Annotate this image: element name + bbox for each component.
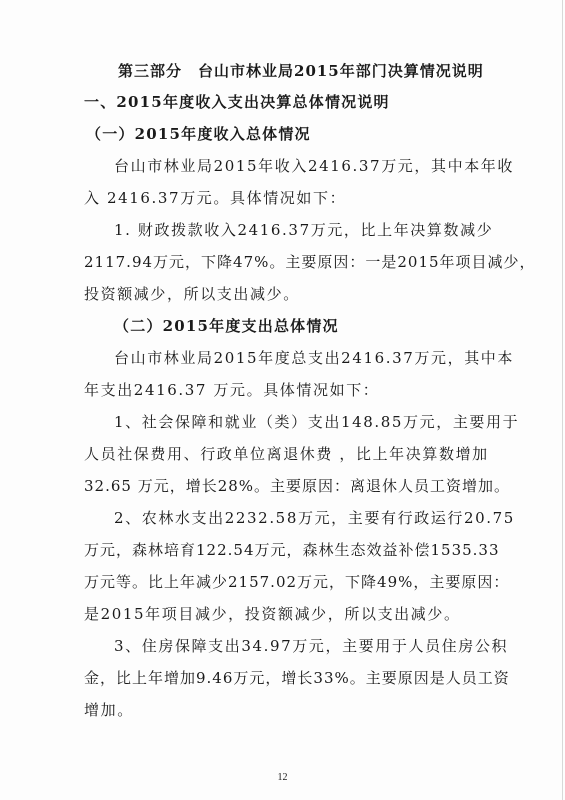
subsection-heading-1-2: （二）2015年度支出总体情况 — [114, 316, 514, 336]
paragraph-line: 年支出2416.37 万元。具体情况如下： — [84, 380, 484, 400]
paragraph-line: 投资额减少，所以支出减少。 — [84, 284, 484, 304]
scan-edge — [562, 0, 563, 800]
paragraph-line: 人员社保费用、行政单位离退休费 ，比上年决算数增加 — [84, 444, 484, 464]
document-page: 第三部分 台山市林业局2015年部门决算情况说明 一、2015年度收入支出决算总… — [0, 0, 565, 800]
paragraph-line: 1. 财政拨款收入2416.37万元，比上年决算数减少 — [114, 220, 514, 240]
paragraph-line: 1、社会保障和就业（类）支出148.85万元，主要用于 — [114, 412, 514, 432]
page-number: 12 — [0, 772, 565, 783]
paragraph-line: 2、农林水支出2232.58万元，主要有行政运行20.75 — [114, 508, 514, 528]
paragraph-line: 32.65 万元，增长28%。主要原因：离退休人员工资增加。 — [84, 476, 484, 496]
paragraph-line: 万元，森林培育122.54万元，森林生态效益补偿1535.33 — [84, 540, 484, 560]
paragraph-line: 2117.94万元，下降47%。主要原因：一是2015年项目减少， — [84, 252, 484, 272]
paragraph-line: 增加。 — [84, 700, 484, 720]
section-heading-1: 一、2015年度收入支出决算总体情况说明 — [84, 92, 484, 112]
paragraph-line: 万元等。比上年减少2157.02万元，下降49%，主要原因： — [84, 572, 484, 592]
subsection-heading-1-1: （一）2015年度收入总体情况 — [86, 124, 486, 144]
paragraph-line: 台山市林业局2015年收入2416.37万元，其中本年收 — [114, 156, 514, 176]
paragraph-line: 3、住房保障支出34.97万元，主要用于人员住房公积 — [114, 636, 514, 656]
paragraph-line: 金，比上年增加9.46万元，增长33%。主要原因是人员工资 — [84, 668, 484, 688]
paragraph-line: 是2015年项目减少，投资额减少，所以支出减少。 — [84, 604, 484, 624]
document-title: 第三部分 台山市林业局2015年部门决算情况说明 — [118, 61, 518, 81]
paragraph-line: 台山市林业局2015年度总支出2416.37万元，其中本 — [114, 348, 514, 368]
paragraph-line: 入 2416.37万元。具体情况如下： — [84, 188, 484, 208]
